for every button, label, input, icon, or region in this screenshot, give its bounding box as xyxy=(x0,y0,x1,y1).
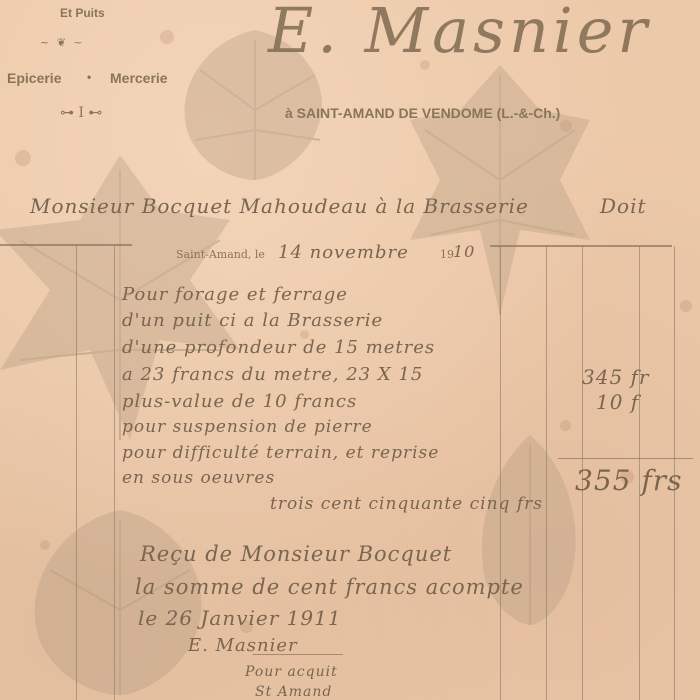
dateline-year: 10 xyxy=(453,242,475,261)
ledger-column-line xyxy=(546,246,547,700)
ledger-column-line xyxy=(500,246,501,700)
amount-line-2: 10 f xyxy=(596,390,639,414)
invoice-line: d'un puit ci a la Brasserie xyxy=(122,310,383,331)
dateline-date: 14 novembre xyxy=(278,242,409,263)
total-in-words: trois cent cinquante cinq frs xyxy=(270,494,543,514)
services-separator: • xyxy=(87,70,91,84)
amount-total: 355 frs xyxy=(575,464,682,497)
merchant-address: à SAINT-AMAND DE VENDOME (L.-&-Ch.) xyxy=(285,105,560,121)
signature: E. Masnier xyxy=(188,635,298,656)
dateline-place: Saint-Amand, le xyxy=(176,248,265,261)
doit-label: Doit xyxy=(600,194,647,218)
services-right: Mercerie xyxy=(110,70,168,86)
ledger-rule-right xyxy=(490,245,672,247)
merchant-name: E. Masnier xyxy=(268,0,651,67)
amount-line-1: 345 fr xyxy=(582,365,650,389)
receipt-line: le 26 Janvier 1911 xyxy=(138,606,342,630)
endorsement-2: St Amand xyxy=(255,684,332,700)
invoice-line: pour difficulté terrain, et reprise xyxy=(122,443,439,463)
letterhead-top-line: Et Puits xyxy=(60,6,105,20)
receipt-line: Reçu de Monsieur Bocquet xyxy=(140,542,452,566)
invoice-line: d'une profondeur de 15 metres xyxy=(122,337,435,358)
receipt-line: la somme de cent francs acompte xyxy=(135,575,524,599)
leaf-print-icon xyxy=(470,430,590,630)
invoice-line: a 23 francs du metre, 23 X 15 xyxy=(122,364,423,385)
endorsement-1: Pour acquit xyxy=(245,664,338,680)
signature-underline xyxy=(253,654,343,655)
dateline-year-prefix: 19 xyxy=(440,248,454,261)
ledger-column-line xyxy=(76,246,77,700)
services-left: Epicerie xyxy=(7,70,61,86)
total-rule xyxy=(558,458,693,459)
invoice-line: pour suspension de pierre xyxy=(122,417,373,437)
invoice-line: en sous oeuvres xyxy=(122,468,275,488)
ledger-rule-left xyxy=(0,244,132,246)
ornament-divider: ~ ❦ ~ xyxy=(40,36,85,49)
ledger-column-line xyxy=(114,246,115,700)
addressee-line: Monsieur Bocquet Mahoudeau à la Brasseri… xyxy=(30,194,529,218)
invoice-line: plus-value de 10 francs xyxy=(122,391,357,412)
ornament-icon: ⊶ I ⊷ xyxy=(60,105,102,121)
leaf-print-icon xyxy=(20,500,220,700)
invoice-line: Pour forage et ferrage xyxy=(122,284,348,305)
